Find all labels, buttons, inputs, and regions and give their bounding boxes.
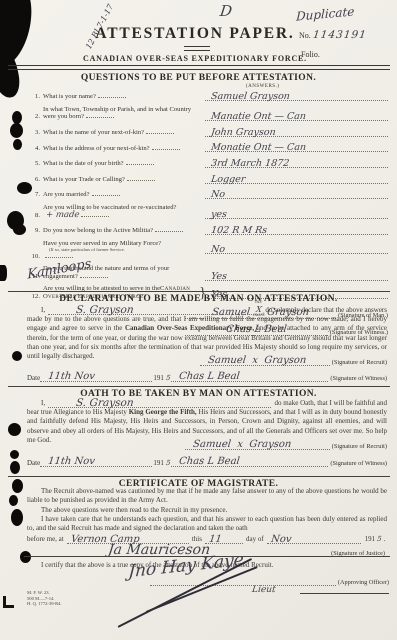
oath-body-a: bear true Allegiance to His Majesty <box>27 408 129 416</box>
declaration-recruit-signature: Samuel x Grayson (Signature of Recruit) <box>200 353 387 366</box>
force-subtitle: CANADIAN OVER-SEAS EXPEDITIONARY FORCE. <box>50 54 340 63</box>
answer-value: 102 R M Rs <box>210 226 267 235</box>
question-row: 4. What is the address of your next-of-k… <box>27 141 388 152</box>
declaration-line1-tail: do solemnly declare that the above answe… <box>265 306 387 315</box>
handwritten-note: + made <box>46 212 80 218</box>
magistrate-para1: The Recruit above-named was cautioned by… <box>27 487 387 506</box>
witness-dots: Chas L Beal <box>171 454 328 467</box>
ink-blot <box>13 139 22 150</box>
question-text: Are you married? <box>43 191 201 199</box>
answer-line: Logger <box>205 173 388 184</box>
answer-line: Yes <box>205 270 388 281</box>
recruit-name-handwritten: S. Grayson <box>76 306 135 315</box>
witness-signature: Chas L Beal <box>179 457 241 467</box>
questions-heading: QUESTIONS TO BE PUT BEFORE ATTESTATION. <box>30 73 367 83</box>
before-me-label: before me, at <box>27 535 64 544</box>
number-field: No. 1143191 <box>299 29 367 41</box>
corner-registration-mark <box>3 596 14 608</box>
magistrate-para3: I have taken care that he understands ea… <box>27 515 387 534</box>
page-title: ATTESTATION PAPER. <box>70 25 320 43</box>
date-label: Date <box>27 374 40 382</box>
question-row: 2. In what Town, Township or Parish, and… <box>27 106 388 122</box>
question-number: 1. <box>27 93 43 101</box>
answers-label: (ANSWERS.) <box>246 84 279 89</box>
year-handwritten: 5 <box>165 374 170 382</box>
ink-blot <box>8 423 21 436</box>
recruit-signature: Samuel x Grayson <box>192 440 291 450</box>
ink-blot <box>12 479 23 493</box>
declaration-heading: DECLARATION TO BE MADE BY MAN ON ATTESTA… <box>30 294 367 304</box>
question-number: 7. <box>27 191 43 199</box>
year-handwritten: 5 <box>165 459 170 467</box>
question-text: What is the date of your birth? <box>43 160 201 168</box>
question-text: What is your name? <box>43 93 201 101</box>
recruit-signature: Samuel x Grayson <box>207 356 306 366</box>
answer-value: Yes <box>210 272 227 281</box>
form-print-codes: M. F. W. 23. 500 M.—7-14. H. Q. 1772-39-… <box>27 590 62 607</box>
answer-line: No <box>205 243 388 254</box>
signature-of-witness-label: (Signature of Witness) <box>330 460 387 467</box>
signature-of-witness-label: (Signature of Witness) <box>330 375 387 382</box>
print-code: H. Q. 1772-39-R4. <box>27 601 62 607</box>
answer-line: 3rd March 1872 <box>205 157 388 168</box>
question-text: What is the address of your next-of-kin? <box>43 145 201 153</box>
ink-blot <box>0 265 7 281</box>
answer-value: John Grayson <box>210 128 276 137</box>
question-row: 5. What is the date of your birth? 3rd M… <box>27 157 388 168</box>
question-number: 3. <box>27 129 43 137</box>
oath-recruit-signature: Samuel x Grayson (Signature of Recruit) <box>185 437 387 450</box>
question-row: 7. Are you married? No <box>27 188 388 199</box>
question-number: 4. <box>27 145 43 153</box>
answer-line: No <box>205 188 388 199</box>
name-blank: S. Grayson <box>48 305 262 315</box>
date-dots: 11th Nov <box>40 369 152 382</box>
question-number: 10. <box>27 253 43 261</box>
question-text: What is your Trade or Calling? <box>43 176 201 184</box>
number-value: 1143191 <box>312 29 367 41</box>
question-text: Are you willing to be vaccinated or re-v… <box>43 204 201 220</box>
question-subnote: (If so, state particulars of former Serv… <box>49 247 201 252</box>
section-rule <box>8 291 390 292</box>
oath-date-line: Date 11th Nov 191 5 Chas L Beal (Signatu… <box>27 454 387 467</box>
date-dots: 11th Nov <box>40 454 152 467</box>
declaration-date-line: Date 11th Nov 191 5 Chas L Beal (Signatu… <box>27 369 387 382</box>
answer-value: yes <box>210 210 227 219</box>
answer-line: Monatie Ont — Can <box>205 141 388 152</box>
magistrate-para2: The above questions were then read to th… <box>27 506 387 515</box>
answer-line: John Grayson <box>205 126 388 137</box>
question-number: 9. <box>27 227 43 235</box>
ink-blot <box>12 351 22 361</box>
question-text: Do you now belong to the Active Militia? <box>43 227 201 235</box>
handwritten-letter-d: D <box>219 2 233 20</box>
question-number: 5. <box>27 160 43 168</box>
signature-dots: Samuel x Grayson <box>185 437 330 450</box>
declaration-intro: I, <box>27 306 45 315</box>
oath-line1-tail: do make Oath, that I will be faithful an… <box>274 399 387 408</box>
date-handwritten: 11th Nov <box>48 372 96 382</box>
question-text-print: Have you ever served in any Military For… <box>43 240 161 247</box>
question-number: 8. <box>27 212 43 220</box>
signature-dots: Samuel x Grayson <box>200 353 330 366</box>
question-text: Have you ever served in any Military For… <box>43 240 201 261</box>
ink-blot <box>10 123 23 138</box>
attestation-paper-scan: 12 Bl 7-1-17 D Duplicate ATTESTATION PAP… <box>0 0 397 640</box>
oath-first-line: I, S. Grayson do make Oath, that I will … <box>27 398 387 408</box>
answer-value: No <box>210 190 225 199</box>
question-text: What is the name of your next-of-kin? <box>43 129 201 137</box>
question-number: 2. <box>27 113 43 121</box>
date-label: Date <box>27 459 40 467</box>
answer-value: Logger <box>210 175 245 184</box>
name-blank: S. Grayson <box>48 398 271 408</box>
signature-dots <box>150 575 336 586</box>
duplicate-annotation: Duplicate <box>296 4 355 23</box>
answer-line: Manatie Ont — Can <box>205 110 388 121</box>
section-rule <box>8 386 390 387</box>
question-number: 6. <box>27 176 43 184</box>
approving-officer-rank: Lieut <box>251 585 276 595</box>
recruit-name-handwritten: S. Grayson <box>76 399 135 408</box>
signature-of-recruit-label: (Signature of Recruit) <box>332 443 387 450</box>
answer-value: Monatie Ont — Can <box>210 143 306 152</box>
question-row: 3. What is the name of your next-of-kin?… <box>27 126 388 137</box>
ink-blot <box>9 495 18 506</box>
answer-line: yes <box>205 208 388 219</box>
ink-blot <box>11 509 23 526</box>
ink-blot <box>0 46 23 100</box>
king-name-bold: King George the Fifth, <box>129 408 197 416</box>
approving-officer-line: (Approving Officer) <box>150 575 389 586</box>
ink-blot <box>13 224 26 235</box>
year-printed: 191 <box>153 374 164 382</box>
bottom-short-rule <box>300 593 389 594</box>
answer-value: 3rd March 1872 <box>210 159 289 168</box>
force-name-bold: Canadian Over-Seas Expeditionary Force, <box>125 324 254 332</box>
witness-dots: Chas L Beal <box>171 369 328 382</box>
declaration-first-line: I, S. Grayson do solemnly declare that t… <box>27 305 387 315</box>
double-rule <box>8 65 390 70</box>
question-text: In what Town, Township or Parish, and in… <box>43 106 201 122</box>
signature-of-recruit-label: (Signature of Recruit) <box>332 359 387 366</box>
answer-value: Manatie Ont — Can <box>210 112 306 121</box>
date-handwritten: 11th Nov <box>48 457 96 467</box>
question-row: 8. Are you willing to be vaccinated or r… <box>27 204 388 220</box>
oath-intro: I, <box>27 399 45 408</box>
ink-blot <box>10 461 20 474</box>
answer-value: Samuel Grayson <box>210 92 290 101</box>
witness-signature: Chas L Beal <box>179 372 241 382</box>
question-row: 1. What is your name? Samuel Grayson <box>27 90 388 101</box>
approving-officer-label: (Approving Officer) <box>338 579 389 586</box>
number-label: No. <box>299 31 311 40</box>
answer-line: 102 R M Rs <box>205 224 388 235</box>
answer-line: Samuel Grayson <box>205 90 388 101</box>
year-printed: 191 <box>153 459 164 467</box>
question-row: 9. Do you now belong to the Active Milit… <box>27 224 388 235</box>
answer-value: No <box>210 245 225 254</box>
magistrate-paragraph: The Recruit above-named was cautioned by… <box>27 487 387 544</box>
question-row: 6. What is your Trade or Calling? Logger <box>27 173 388 184</box>
section-rule <box>8 476 390 477</box>
title-rule <box>184 46 210 51</box>
ink-blot <box>10 450 19 459</box>
